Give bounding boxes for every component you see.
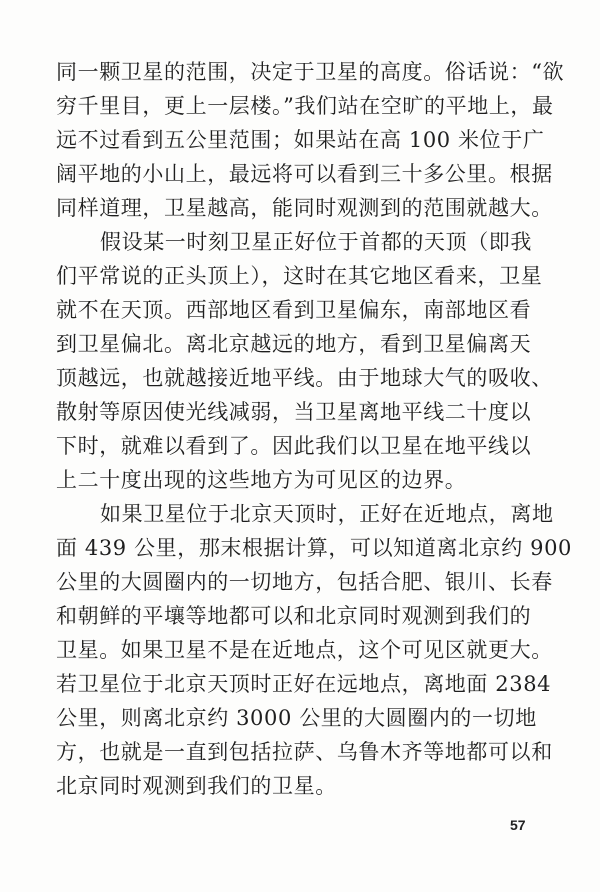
body-text: 同一颗卫星的范围，决定于卫星的高度。俗话说：“欲 穷千里目，更上一层楼。”我们站… xyxy=(56,55,536,803)
paragraph-3: 如果卫星位于北京天顶时，正好在近地点，离地 面 439 公里，那末根据计算，可以… xyxy=(56,497,536,803)
text-line: 穷千里目，更上一层楼。”我们站在空旷的平地上，最 xyxy=(56,89,536,123)
page-number: 57 xyxy=(510,817,526,833)
text-line: 卫星。如果卫星不是在近地点，这个可见区就更大。 xyxy=(56,633,536,667)
text-line: 面 439 公里，那末根据计算，可以知道离北京约 900 xyxy=(56,531,536,565)
text-line-indented: 如果卫星位于北京天顶时，正好在近地点，离地 xyxy=(56,497,536,531)
text-line: 公里，则离北京约 3000 公里的大圆圈内的一切地 xyxy=(56,701,536,735)
text-line: 同样道理，卫星越高，能同时观测到的范围就越大。 xyxy=(56,191,536,225)
text-line: 方，也就是一直到包括拉萨、乌鲁木齐等地都可以和 xyxy=(56,735,536,769)
text-line: 同一颗卫星的范围，决定于卫星的高度。俗话说：“欲 xyxy=(56,55,536,89)
text-line: 下时，就难以看到了。因此我们以卫星在地平线以 xyxy=(56,429,536,463)
text-line: 到卫星偏北。离北京越远的地方，看到卫星偏离天 xyxy=(56,327,536,361)
paragraph-2: 假设某一时刻卫星正好位于首都的天顶（即我 们平常说的正头顶上），这时在其它地区看… xyxy=(56,225,536,497)
text-line: 公里的大圆圈内的一切地方，包括合肥、银川、长春 xyxy=(56,565,536,599)
text-line: 和朝鲜的平壤等地都可以和北京同时观测到我们的 xyxy=(56,599,536,633)
text-line: 阔平地的小山上，最远将可以看到三十多公里。根据 xyxy=(56,157,536,191)
text-line: 顶越远，也就越接近地平线。由于地球大气的吸收、 xyxy=(56,361,536,395)
text-line: 们平常说的正头顶上），这时在其它地区看来，卫星 xyxy=(56,259,536,293)
text-line: 就不在天顶。西部地区看到卫星偏东，南部地区看 xyxy=(56,293,536,327)
paragraph-1: 同一颗卫星的范围，决定于卫星的高度。俗话说：“欲 穷千里目，更上一层楼。”我们站… xyxy=(56,55,536,225)
text-line: 远不过看到五公里范围；如果站在高 100 米位于广 xyxy=(56,123,536,157)
text-line: 上二十度出现的这些地方为可见区的边界。 xyxy=(56,463,536,497)
book-page: 同一颗卫星的范围，决定于卫星的高度。俗话说：“欲 穷千里目，更上一层楼。”我们站… xyxy=(0,0,600,892)
text-line: 散射等原因使光线减弱，当卫星离地平线二十度以 xyxy=(56,395,536,429)
text-line: 若卫星位于北京天顶时正好在远地点，离地面 2384 xyxy=(56,667,536,701)
text-line-indented: 假设某一时刻卫星正好位于首都的天顶（即我 xyxy=(56,225,536,259)
text-line: 北京同时观测到我们的卫星。 xyxy=(56,769,536,803)
